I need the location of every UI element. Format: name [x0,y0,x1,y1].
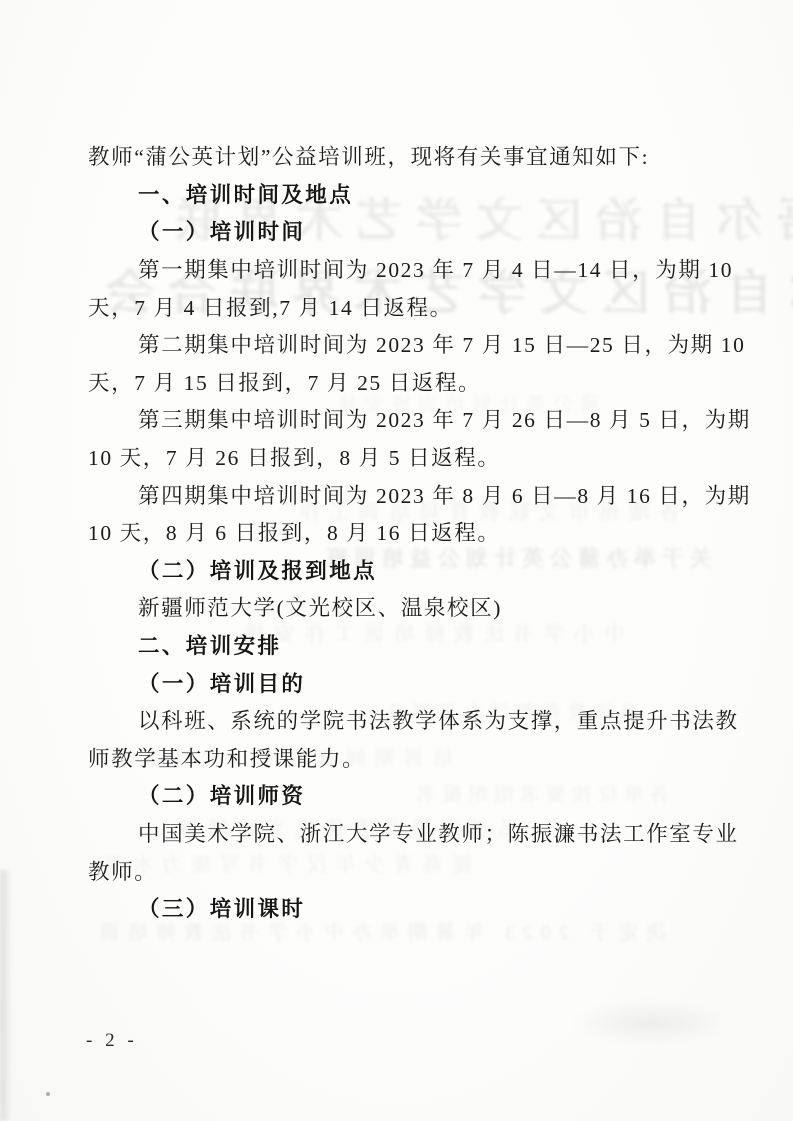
text-content: （三）培训课时 [138,892,305,923]
text-content: 教师。 [88,855,157,886]
text-content: 10 天，8 月 6 日报到，8 月 16 日返程。 [88,516,500,547]
text-line: 第四期集中培训时间为 2023 年 8 月 6 日—8 月 16 日，为期 [88,475,708,513]
text-content: （二）培训及报到地点 [138,554,377,585]
section-heading: 二、培训安排 [88,626,708,664]
text-content: 第一期集中培训时间为 2023 年 7 月 4 日—14 日，为期 10 [138,253,733,284]
document-body: 教师“蒲公英计划”公益培训班，现将有关事宜通知如下:一、培训时间及地点（一）培训… [88,137,708,926]
scan-smudge-artifact [570,1000,730,1045]
text-content: 第三期集中培训时间为 2023 年 7 月 26 日—8 月 5 日，为期 [138,403,751,434]
section-heading: 一、培训时间及地点 [88,175,708,213]
text-content: 天，7 月 15 日报到，7 月 25 日返程。 [88,366,481,397]
text-line: 以科班、系统的学院书法教学体系为支撑，重点提升书法教 [88,701,708,739]
text-content: 10 天，7 月 26 日报到，8 月 5 日返程。 [88,441,500,472]
text-content: 以科班、系统的学院书法教学体系为支撑，重点提升书法教 [138,704,739,735]
text-content: 新疆师范大学(文光校区、温泉校区) [138,591,502,622]
text-line: 天，7 月 4 日报到,7 月 14 日返程。 [88,287,708,325]
text-content: 二、培训安排 [138,629,281,660]
text-line: 师教学基本功和授课能力。 [88,739,708,777]
section-heading: （三）培训课时 [88,889,708,927]
text-content: 师教学基本功和授课能力。 [88,742,365,773]
text-line: 第二期集中培训时间为 2023 年 7 月 15 日—25 日，为期 10 [88,325,708,363]
section-heading: （一）培训目的 [88,663,708,701]
text-content: 第四期集中培训时间为 2023 年 8 月 6 日—8 月 16 日，为期 [138,479,751,510]
text-line: 10 天，7 月 26 日报到，8 月 5 日返程。 [88,438,708,476]
text-line: 教师“蒲公英计划”公益培训班，现将有关事宜通知如下: [88,137,708,175]
text-line: 中国美术学院、浙江大学专业教师；陈振濂书法工作室专业 [88,814,708,852]
text-content: （一）培训目的 [138,667,305,698]
text-line: 教师。 [88,851,708,889]
text-content: 第二期集中培训时间为 2023 年 7 月 15 日—25 日，为期 10 [138,328,745,359]
text-content: （一）培训时间 [138,215,305,246]
text-line: 第一期集中培训时间为 2023 年 7 月 4 日—14 日，为期 10 [88,250,708,288]
text-content: 天，7 月 4 日报到,7 月 14 日返程。 [88,291,453,322]
scanned-document-page: 新疆维吾尔自治区文学艺术界联新疆维吾尔自治区文学艺术界联合会蒲公英计划培训班安排… [0,0,793,1121]
text-content: 一、培训时间及地点 [138,178,353,209]
text-content: 教师“蒲公英计划”公益培训班，现将有关事宜通知如下: [88,140,649,171]
text-line: 天，7 月 15 日报到，7 月 25 日返程。 [88,363,708,401]
text-line: 新疆师范大学(文光校区、温泉校区) [88,588,708,626]
text-content: （二）培训师资 [138,779,305,810]
scan-speck-artifact [46,1092,50,1096]
scan-edge-artifact [0,870,12,1121]
text-line: 第三期集中培训时间为 2023 年 7 月 26 日—8 月 5 日，为期 [88,400,708,438]
section-heading: （一）培训时间 [88,212,708,250]
text-line: 10 天，8 月 6 日报到，8 月 16 日返程。 [88,513,708,551]
page-number: - 2 - [86,1030,138,1052]
section-heading: （二）培训师资 [88,776,708,814]
section-heading: （二）培训及报到地点 [88,551,708,589]
text-content: 中国美术学院、浙江大学专业教师；陈振濂书法工作室专业 [138,817,739,848]
